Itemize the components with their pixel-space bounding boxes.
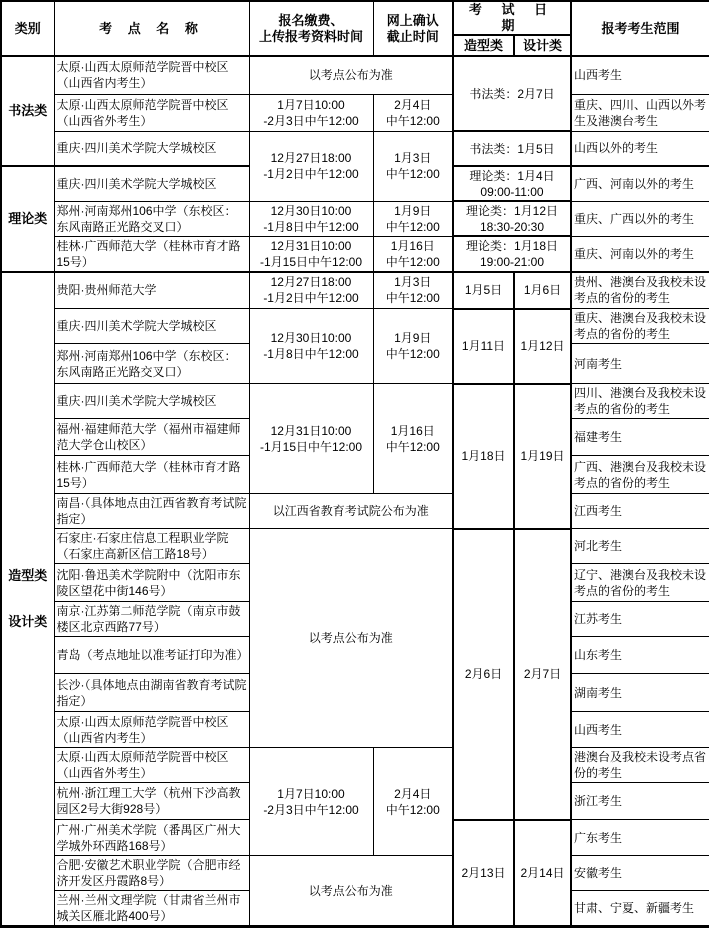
scope-cell: 广西、港澳台及我校未设考点的省份的考生 [571,456,709,494]
pay-time-cell: 12月27日18:00 -1月2日中午12:00 [249,131,373,201]
scope-cell: 贵州、港澳台及我校未设考点的省份的考生 [571,272,709,309]
scope-cell: 辽宁、港澳台及我校未设考点的省份的考生 [571,564,709,602]
confirm-deadline-cell: 1月9日 中午12:00 [373,201,453,236]
scope-cell: 江西考生 [571,494,709,529]
scope-cell: 浙江考生 [571,783,709,820]
site-cell: 郑州·河南郑州106中学（东校区：东风南路正光路交叉口） [54,201,249,236]
exam-schedule-table: 类别 考 点 名 称 报名缴费、 上传报考资料时间 网上确认 截止时间 考 试 … [0,0,709,928]
confirm-deadline-cell: 1月16日 中午12:00 [373,236,453,272]
site-cell: 长沙·（具体地点由湖南省教育考试院指定） [54,674,249,712]
site-cell: 合肥·安徽艺术职业学院（合肥市经济开发区丹霞路8号） [54,856,249,891]
pay-time-cell: 以考点公布为准 [249,529,453,748]
site-cell: 太原·山西太原师范学院晋中校区（山西省内考生） [54,712,249,748]
exam-date-design-cell: 1月12日 [514,309,571,384]
pay-time-cell: 12月31日10:00 -1月15日中午12:00 [249,236,373,272]
site-cell: 沈阳·鲁迅美术学院附中（沈阳市东陵区望花中街146号） [54,564,249,602]
confirm-deadline-cell: 1月3日 中午12:00 [373,272,453,309]
pay-time-cell: 12月30日10:00 -1月8日中午12:00 [249,201,373,236]
exam-date-modeling-cell: 2月6日 [453,529,514,820]
header-pay-time: 报名缴费、 上传报考资料时间 [249,1,373,56]
pay-time-cell: 以考点公布为准 [249,856,453,927]
exam-date-cell: 书法类：1月5日 [453,131,571,166]
exam-date-design-cell: 1月19日 [514,384,571,529]
pay-time-cell: 12月31日10:00 -1月15日中午12:00 [249,384,373,494]
pay-time-cell: 以江西省教育考试院公布为准 [249,494,453,529]
category-label-modeling: 造型类 [8,568,47,584]
scope-cell: 山西以外的考生 [571,131,709,166]
scope-cell: 湖南考生 [571,674,709,712]
scope-cell: 重庆、四川、山西以外考生及港澳台考生 [571,94,709,131]
site-cell: 广州·广州美术学院（番禺区广州大学城外环西路168号） [54,820,249,856]
site-cell: 南京·江苏第二师范学院（南京市鼓楼区北京西路77号） [54,602,249,637]
site-cell: 重庆·四川美术学院大学城校区 [54,309,249,344]
pay-time-cell: 1月7日10:00 -2月3日中午12:00 [249,748,373,856]
header-exam-date: 考 试 日 期 [453,1,571,35]
exam-date-cell: 书法类：2月7日 [453,56,571,131]
site-cell: 郑州·河南郑州106中学（东校区：东风南路正光路交叉口） [54,344,249,384]
scope-cell: 广西、河南以外的考生 [571,166,709,201]
header-category: 类别 [1,1,54,56]
confirm-deadline-cell: 1月3日 中午12:00 [373,131,453,201]
scope-cell: 重庆、港澳台及我校未设考点的省份的考生 [571,309,709,344]
site-cell: 兰州·兰州文理学院（甘肃省兰州市城关区雁北路400号） [54,891,249,927]
pay-time-cell: 1月7日10:00 -2月3日中午12:00 [249,94,373,131]
scope-cell: 山西考生 [571,56,709,94]
site-cell: 杭州·浙江理工大学（杭州下沙高教园区2号大街928号） [54,783,249,820]
scope-cell: 江苏考生 [571,602,709,637]
site-cell: 太原·山西太原师范学院晋中校区（山西省内考生） [54,56,249,94]
confirm-deadline-cell: 1月16日 中午12:00 [373,384,453,494]
confirm-deadline-cell: 2月4日 中午12:00 [373,748,453,856]
site-cell: 福州·福建师范大学（福州市福建师范大学仓山校区） [54,419,249,456]
pay-time-cell: 以考点公布为准 [249,56,453,94]
pay-time-cell: 12月27日18:00 -1月2日中午12:00 [249,272,373,309]
site-cell: 南昌·（具体地点由江西省教育考试院指定） [54,494,249,529]
scope-cell: 广东考生 [571,820,709,856]
category-cell-calligraphy: 书法类 [1,56,54,166]
site-cell: 桂林·广西师范大学（桂林市育才路15号） [54,456,249,494]
exam-date-cell: 理论类：1月4日 09:00-11:00 [453,166,571,201]
site-cell: 桂林·广西师范大学（桂林市育才路15号） [54,236,249,272]
pay-time-cell: 12月30日10:00 -1月8日中午12:00 [249,309,373,384]
header-confirm-deadline: 网上确认 截止时间 [373,1,453,56]
scope-cell: 安徽考生 [571,856,709,891]
site-cell: 重庆·四川美术学院大学城校区 [54,166,249,201]
scope-cell: 港澳台及我校未设考点省份的考生 [571,748,709,783]
header-candidate-scope: 报考考生范围 [571,1,709,56]
scope-cell: 山东考生 [571,637,709,674]
confirm-deadline-cell: 2月4日 中午12:00 [373,94,453,131]
site-cell: 贵阳·贵州师范大学 [54,272,249,309]
scope-cell: 四川、港澳台及我校未设考点的省份的考生 [571,384,709,419]
scope-cell: 河南考生 [571,344,709,384]
category-cell-theory: 理论类 [1,166,54,272]
header-modeling-class: 造型类 [453,35,514,56]
exam-date-cell: 理论类：1月18日 19:00-21:00 [453,236,571,272]
category-label-design: 设计类 [8,614,47,630]
exam-date-modeling-cell: 2月13日 [453,820,514,927]
scope-cell: 福建考生 [571,419,709,456]
site-cell: 重庆·四川美术学院大学城校区 [54,131,249,166]
category-cell-modeling-design: 造型类 设计类 [1,272,54,927]
header-design-class: 设计类 [514,35,571,56]
exam-date-modeling-cell: 1月18日 [453,384,514,529]
scope-cell: 河北考生 [571,529,709,564]
site-cell: 石家庄·石家庄信息工程职业学院（石家庄高新区信工路18号） [54,529,249,564]
header-site-name: 考 点 名 称 [54,1,249,56]
exam-date-design-cell: 2月14日 [514,820,571,927]
exam-date-cell: 理论类：1月12日 18:30-20:30 [453,201,571,236]
scope-cell: 重庆、河南以外的考生 [571,236,709,272]
site-cell: 太原·山西太原师范学院晋中校区（山西省外考生） [54,748,249,783]
exam-date-modeling-cell: 1月5日 [453,272,514,309]
confirm-deadline-cell: 1月9日 中午12:00 [373,309,453,384]
site-cell: 青岛（考点地址以准考证打印为准） [54,637,249,674]
site-cell: 重庆·四川美术学院大学城校区 [54,384,249,419]
exam-date-modeling-cell: 1月11日 [453,309,514,384]
exam-date-design-cell: 2月7日 [514,529,571,820]
site-cell: 太原·山西太原师范学院晋中校区（山西省外考生） [54,94,249,131]
exam-date-design-cell: 1月6日 [514,272,571,309]
scope-cell: 重庆、广西以外的考生 [571,201,709,236]
scope-cell: 甘肃、宁夏、新疆考生 [571,891,709,927]
scope-cell: 山西考生 [571,712,709,748]
